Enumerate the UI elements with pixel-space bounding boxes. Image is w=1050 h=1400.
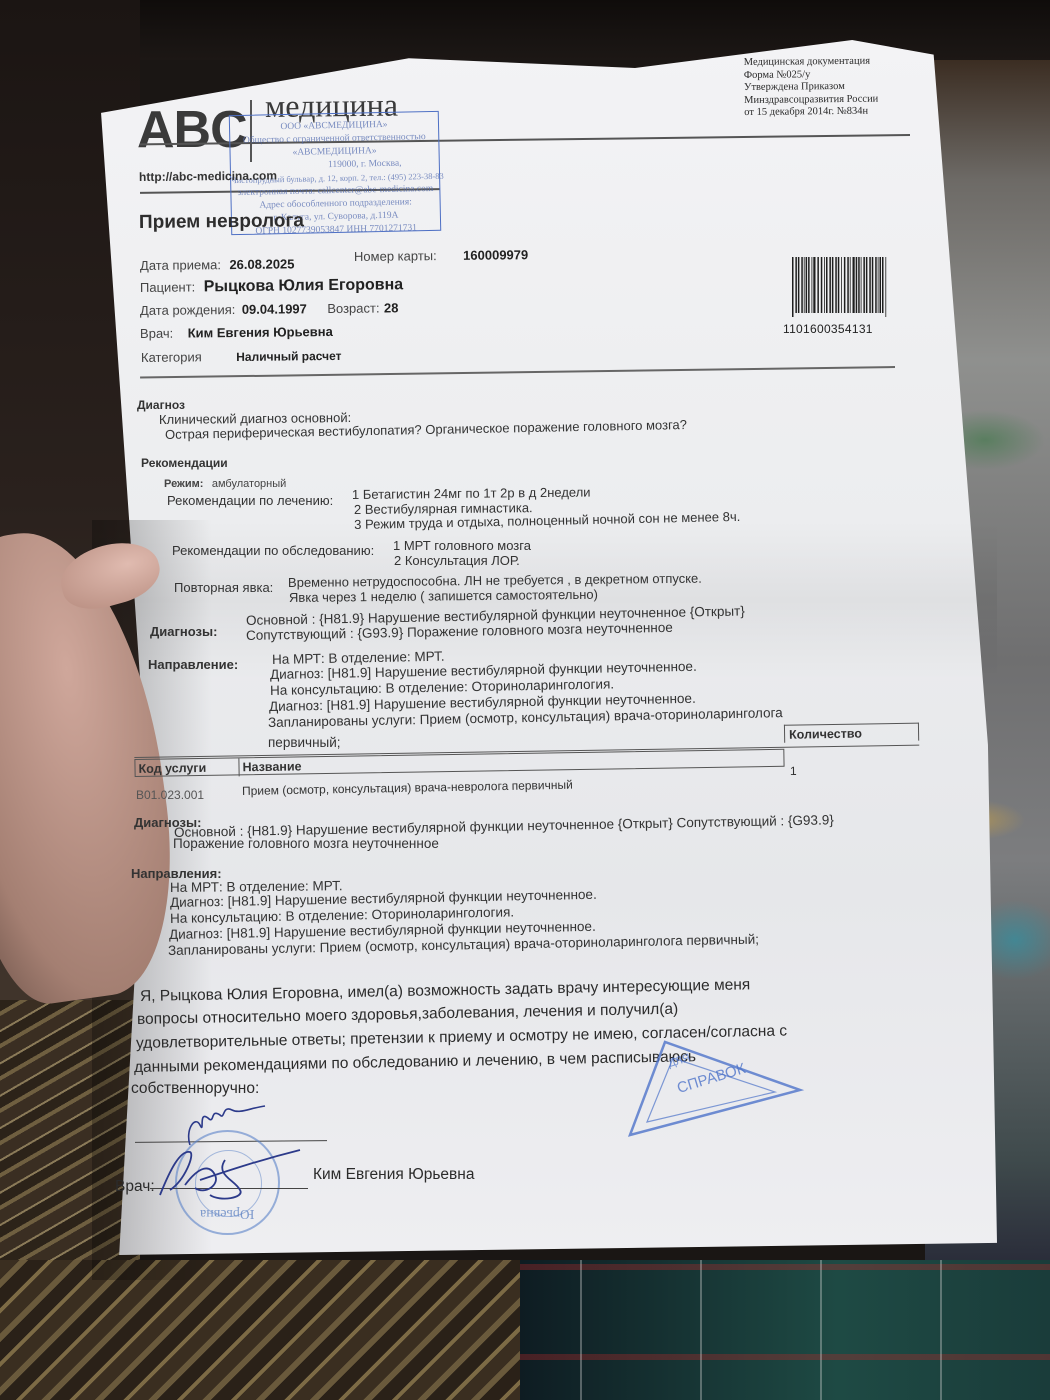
- background-plaid-blanket: [520, 1260, 1050, 1400]
- referral-label: Направление:: [148, 657, 238, 672]
- column-header-code: Код услуги: [138, 761, 206, 776]
- birth-date: 09.04.1997: [242, 301, 307, 317]
- exam-item: 2 Консультация ЛОР.: [394, 553, 520, 568]
- mode-row: Режим: амбулаторный: [164, 474, 286, 492]
- visit-date-row: Дата приема: 26.08.2025: [140, 255, 295, 275]
- category-label: Категория: [141, 349, 202, 365]
- barcode: [790, 257, 895, 317]
- patient-name: Рыцкова Юлия Егоровна: [204, 276, 404, 295]
- category: Наличный расчет: [236, 349, 341, 364]
- doctor-sign-name: Ким Евгения Юрьевна: [313, 1166, 474, 1184]
- form-meta: Медицинская документация Форма №025/у Ут…: [744, 56, 879, 120]
- background-fabric-bottom-left: [0, 1260, 520, 1400]
- diagnosis-heading: Диагноз: [137, 398, 185, 412]
- category-row: Категория Наличный расчет: [141, 347, 342, 367]
- doctor-row: Врач: Ким Евгения Юрьевна: [140, 323, 333, 343]
- card-number-label: Номер карты:: [354, 248, 437, 264]
- card-number: 160009979: [463, 247, 528, 263]
- doctor-signature: [140, 1140, 310, 1205]
- website-link[interactable]: http://abc-medicina.com: [139, 169, 277, 184]
- form-meta-line: Медицинская документация: [744, 56, 878, 70]
- doctor-stamp-text: Юрьевна: [200, 1205, 254, 1221]
- doctor-name: Ким Евгения Юрьевна: [188, 324, 333, 341]
- patient-row: Пациент: Рыцкова Юлия Егоровна: [140, 276, 403, 297]
- form-meta-line: от 15 декабря 2014г. №834н: [744, 106, 878, 120]
- column-header-name: Название: [242, 759, 301, 774]
- treatment-item: 1 Бетагистин 24мг по 1т 2р в д 2недели: [352, 485, 591, 502]
- column-header-qty: Количество: [789, 727, 862, 742]
- diagnoses2-line: Поражение головного мозга неуточненное: [173, 836, 439, 851]
- age: 28: [384, 300, 399, 315]
- diagnoses-label: Диагнозы:: [150, 624, 217, 639]
- exam-item: 1 МРТ головного мозга: [393, 538, 531, 553]
- age-label: Возраст:: [327, 300, 379, 316]
- patient-label: Пациент:: [140, 279, 195, 295]
- doctor-label: Врач:: [140, 326, 173, 341]
- page-title: Прием невролога: [139, 210, 304, 234]
- consent-line: собственноручно:: [131, 1080, 259, 1098]
- table-header-row: Код услуги Название: [134, 749, 784, 777]
- recommendations-heading: Рекомендации: [141, 456, 228, 470]
- service-code: B01.023.001: [136, 788, 204, 802]
- background-fabric: [0, 1000, 140, 1300]
- barcode-number: 1101600354131: [783, 322, 873, 336]
- exam-label: Рекомендации по обследованию:: [172, 543, 374, 558]
- column-divider: [238, 758, 239, 776]
- revisit-label: Повторная явка:: [174, 580, 273, 595]
- visit-date: 26.08.2025: [229, 256, 294, 272]
- qty-header-cell: Количество: [784, 723, 919, 743]
- mode-value: амбулаторный: [212, 478, 286, 490]
- mode-label: Режим:: [164, 478, 203, 490]
- birth-date-label: Дата рождения:: [140, 302, 235, 318]
- card-number-row: Номер карты: 160009979: [354, 246, 528, 266]
- visit-date-label: Дата приема:: [140, 257, 221, 273]
- birth-date-row: Дата рождения: 09.04.1997 Возраст: 28: [140, 299, 399, 320]
- treatment-label: Рекомендации по лечению:: [167, 493, 333, 508]
- service-qty: 1: [790, 764, 797, 778]
